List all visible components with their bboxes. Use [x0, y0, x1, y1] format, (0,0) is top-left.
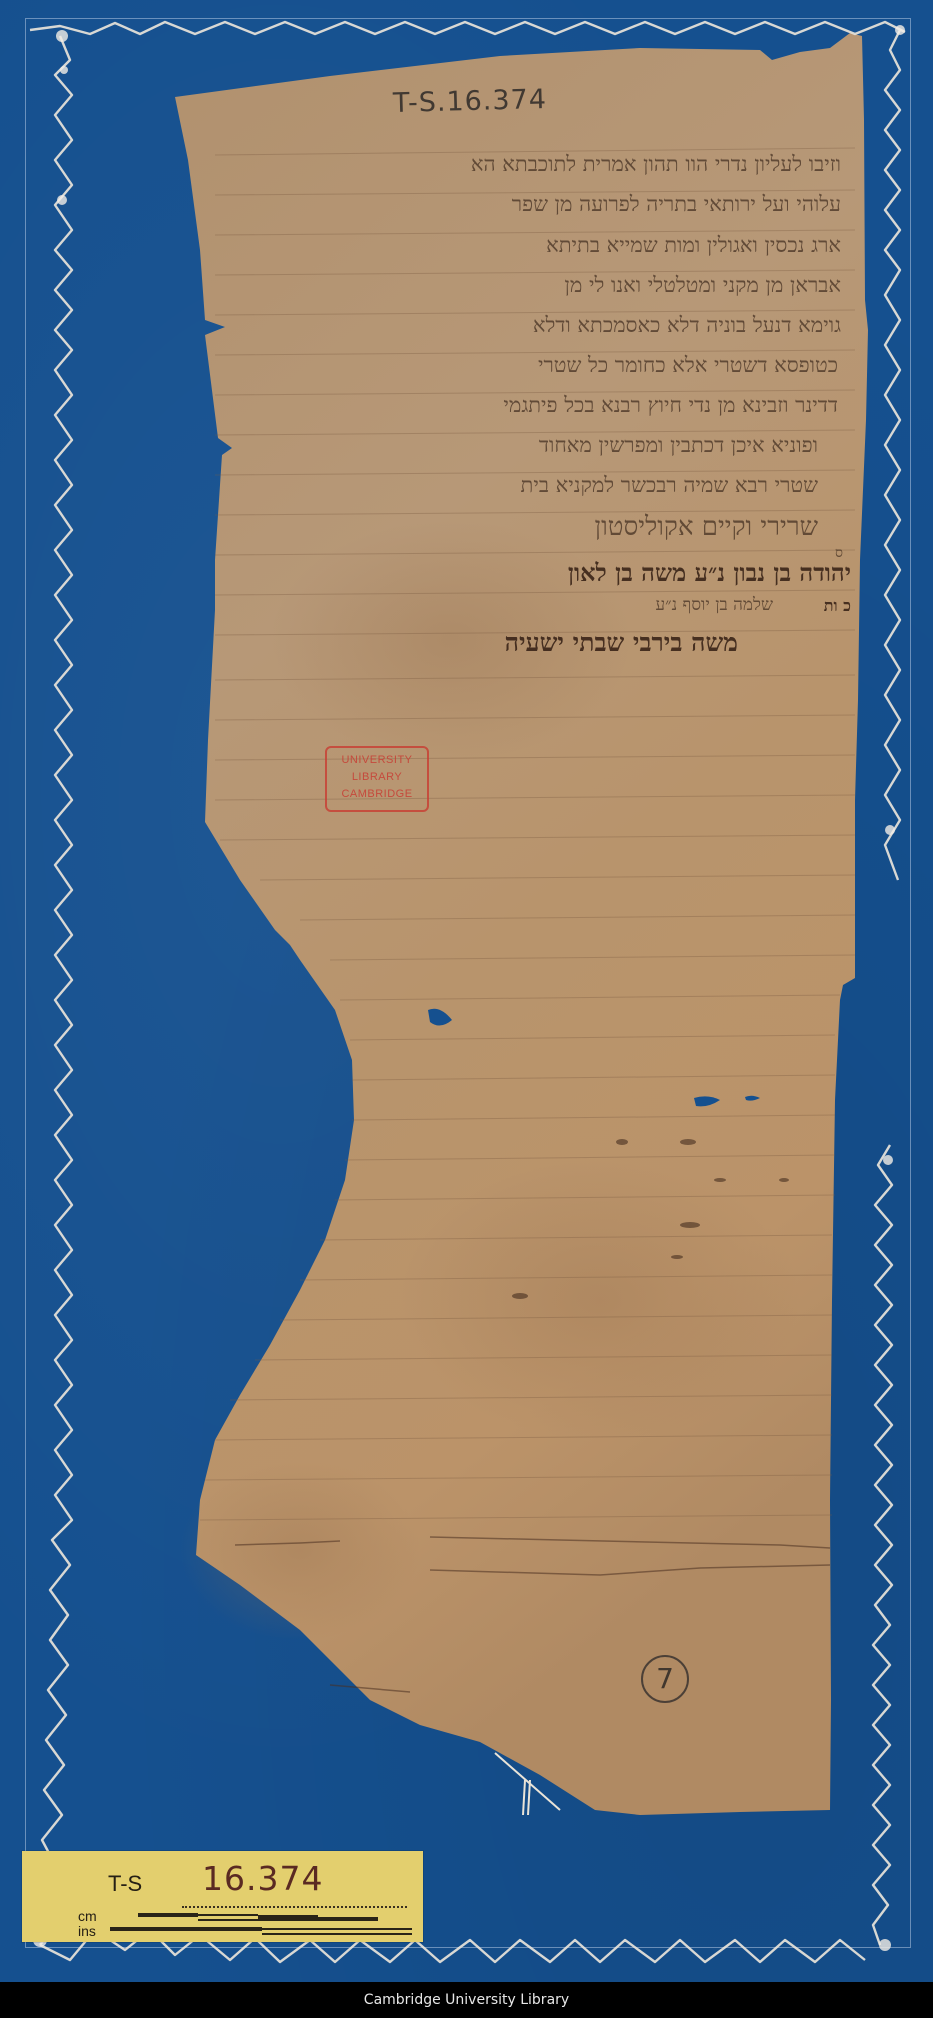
scale-ins-label: ins	[78, 1923, 96, 1939]
catalogue-label: T-S 16.374 cm ins	[22, 1851, 423, 1942]
label-collection: T-S	[108, 1871, 142, 1897]
image-credit: Cambridge University Library	[0, 1982, 933, 2018]
photo-stage: T-S.16.374 וזיבו לעליון נדרי הוו תהון אמ…	[0, 0, 933, 1982]
label-dotted-line	[182, 1906, 407, 1908]
label-number: 16.374	[202, 1859, 323, 1898]
sleeve-stitching	[0, 0, 933, 1982]
scale-cm-label: cm	[78, 1908, 97, 1924]
